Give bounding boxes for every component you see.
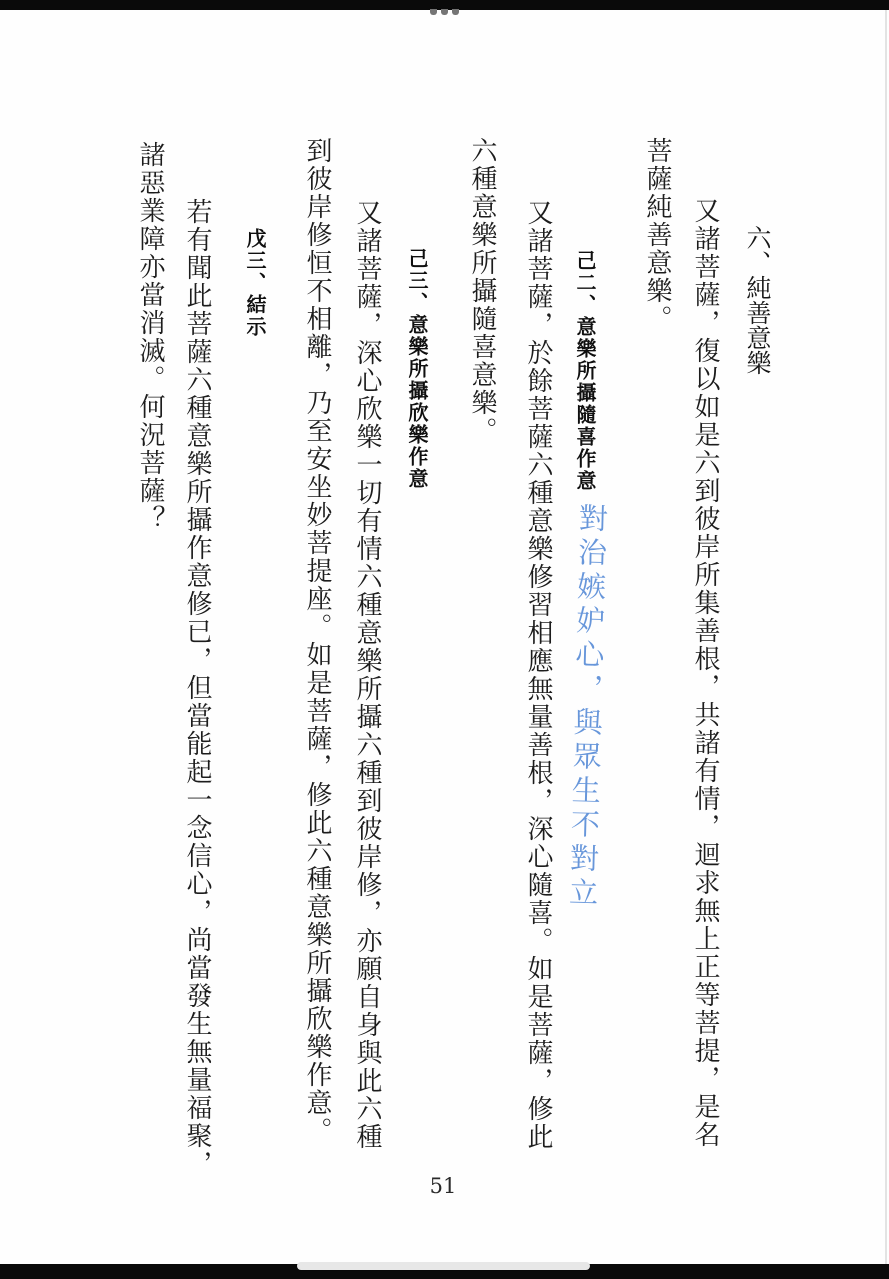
section-title: 六、純善意樂 <box>745 225 770 375</box>
text-column: 到彼岸修恒不相離，乃至安坐妙菩提座。如是菩薩，修此六種意樂所攝欣樂作意。 <box>304 137 330 1145</box>
text-column: 又諸菩薩，深心欣樂一切有情六種意樂所攝六種到彼岸修，亦願自身與此六種 <box>354 199 380 1151</box>
handwritten-annotation: 對治嫉妒心，與眾生不對立 <box>567 503 607 912</box>
text-column: 菩薩純善意樂。 <box>644 137 670 333</box>
document-page: 六、純善意樂 又諸菩薩，復以如是六到彼岸所集善根，共諸有情，迴求無上正等菩提，是… <box>0 0 889 1279</box>
horizontal-scroll-indicator[interactable] <box>297 1262 590 1270</box>
section-heading: 己二、意樂所攝隨喜作意 <box>575 250 595 492</box>
page-number: 51 <box>413 1174 473 1198</box>
section-heading: 戊三、結示 <box>245 228 265 338</box>
dot-icon <box>430 9 437 15</box>
text-column: 諸惡業障亦當消滅。何況菩薩？ <box>137 141 163 533</box>
section-heading: 己三、意樂所攝欣樂作意 <box>407 248 427 490</box>
text-column: 又諸菩薩，復以如是六到彼岸所集善根，共諸有情，迴求無上正等菩提，是名 <box>692 197 718 1149</box>
text-column: 六種意樂所攝隨喜意樂。 <box>469 137 495 445</box>
window-drag-handle-icon[interactable] <box>430 9 459 15</box>
dot-icon <box>441 9 448 15</box>
text-column: 又諸菩薩，於餘菩薩六種意樂修習相應無量善根，深心隨喜。如是菩薩，修此 <box>525 199 551 1151</box>
dot-icon <box>452 9 459 15</box>
page-edge-line <box>885 10 887 1264</box>
text-column: 若有聞此菩薩六種意樂所攝作意修已，但當能起一念信心，尚當發生無量福聚， <box>184 198 210 1178</box>
